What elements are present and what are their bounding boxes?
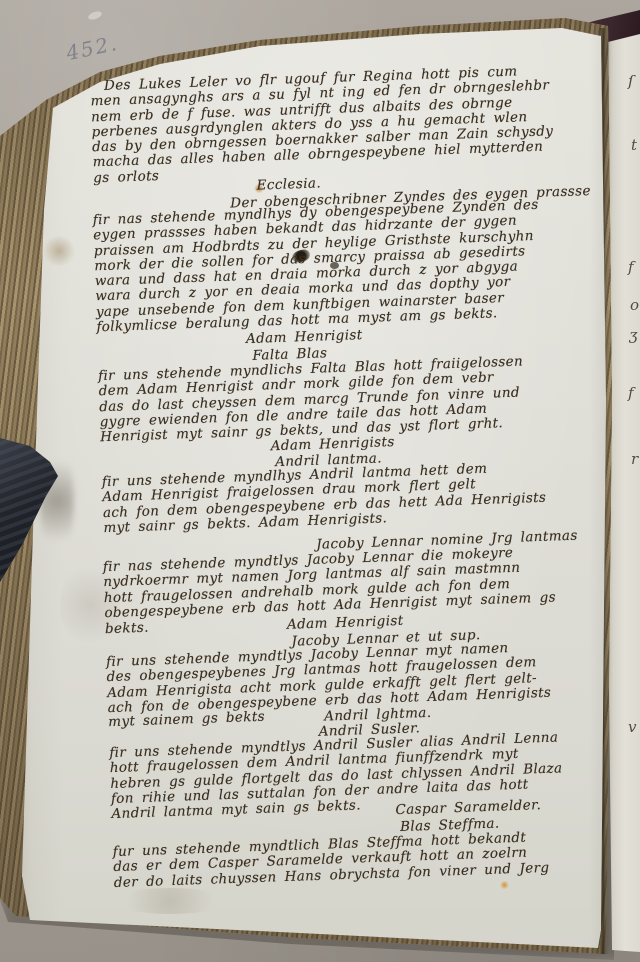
manuscript-heading-caspar: Caspar Saramelder. [395,797,541,818]
handwriting-layer: Des Lukes Leler vo flr ugouf fur Regina … [0,0,640,962]
manuscript-paragraph-6: fir uns stehende myndtlys Jacoby Lennar … [106,640,552,717]
manuscript-paragraph-3: fir uns stehende myndlichs Falta Blas ho… [98,354,526,445]
manuscript-paragraph-4: fir uns stehende myndlhys Andril lantma … [102,460,547,537]
manuscript-paragraph-2: fir nas stehende myndlhys dy obengespeyb… [92,198,542,336]
manuscript-paragraph-5: fir nas stehende myndtlys Jacoby Lennar … [103,544,557,621]
manuscript-paragraph-8: fur uns stehende myndtlich Blas Steffma … [113,830,550,891]
manuscript-paragraph-1: Des Lukes Leler vo flr ugouf fur Regina … [90,63,555,186]
manuscript-paragraph-7: fir uns stehende myndtlys Andril Susler … [109,730,563,807]
manuscript-photo: { "photo": { "background_color": "#a39d9… [0,0,640,962]
manuscript-paragraph-5-tail: bekts. [105,620,149,638]
manuscript-heading-ecclesia: Ecclesia. [256,175,321,193]
manuscript-heading-adam-henrigist: Adam Henrigist [246,327,363,347]
